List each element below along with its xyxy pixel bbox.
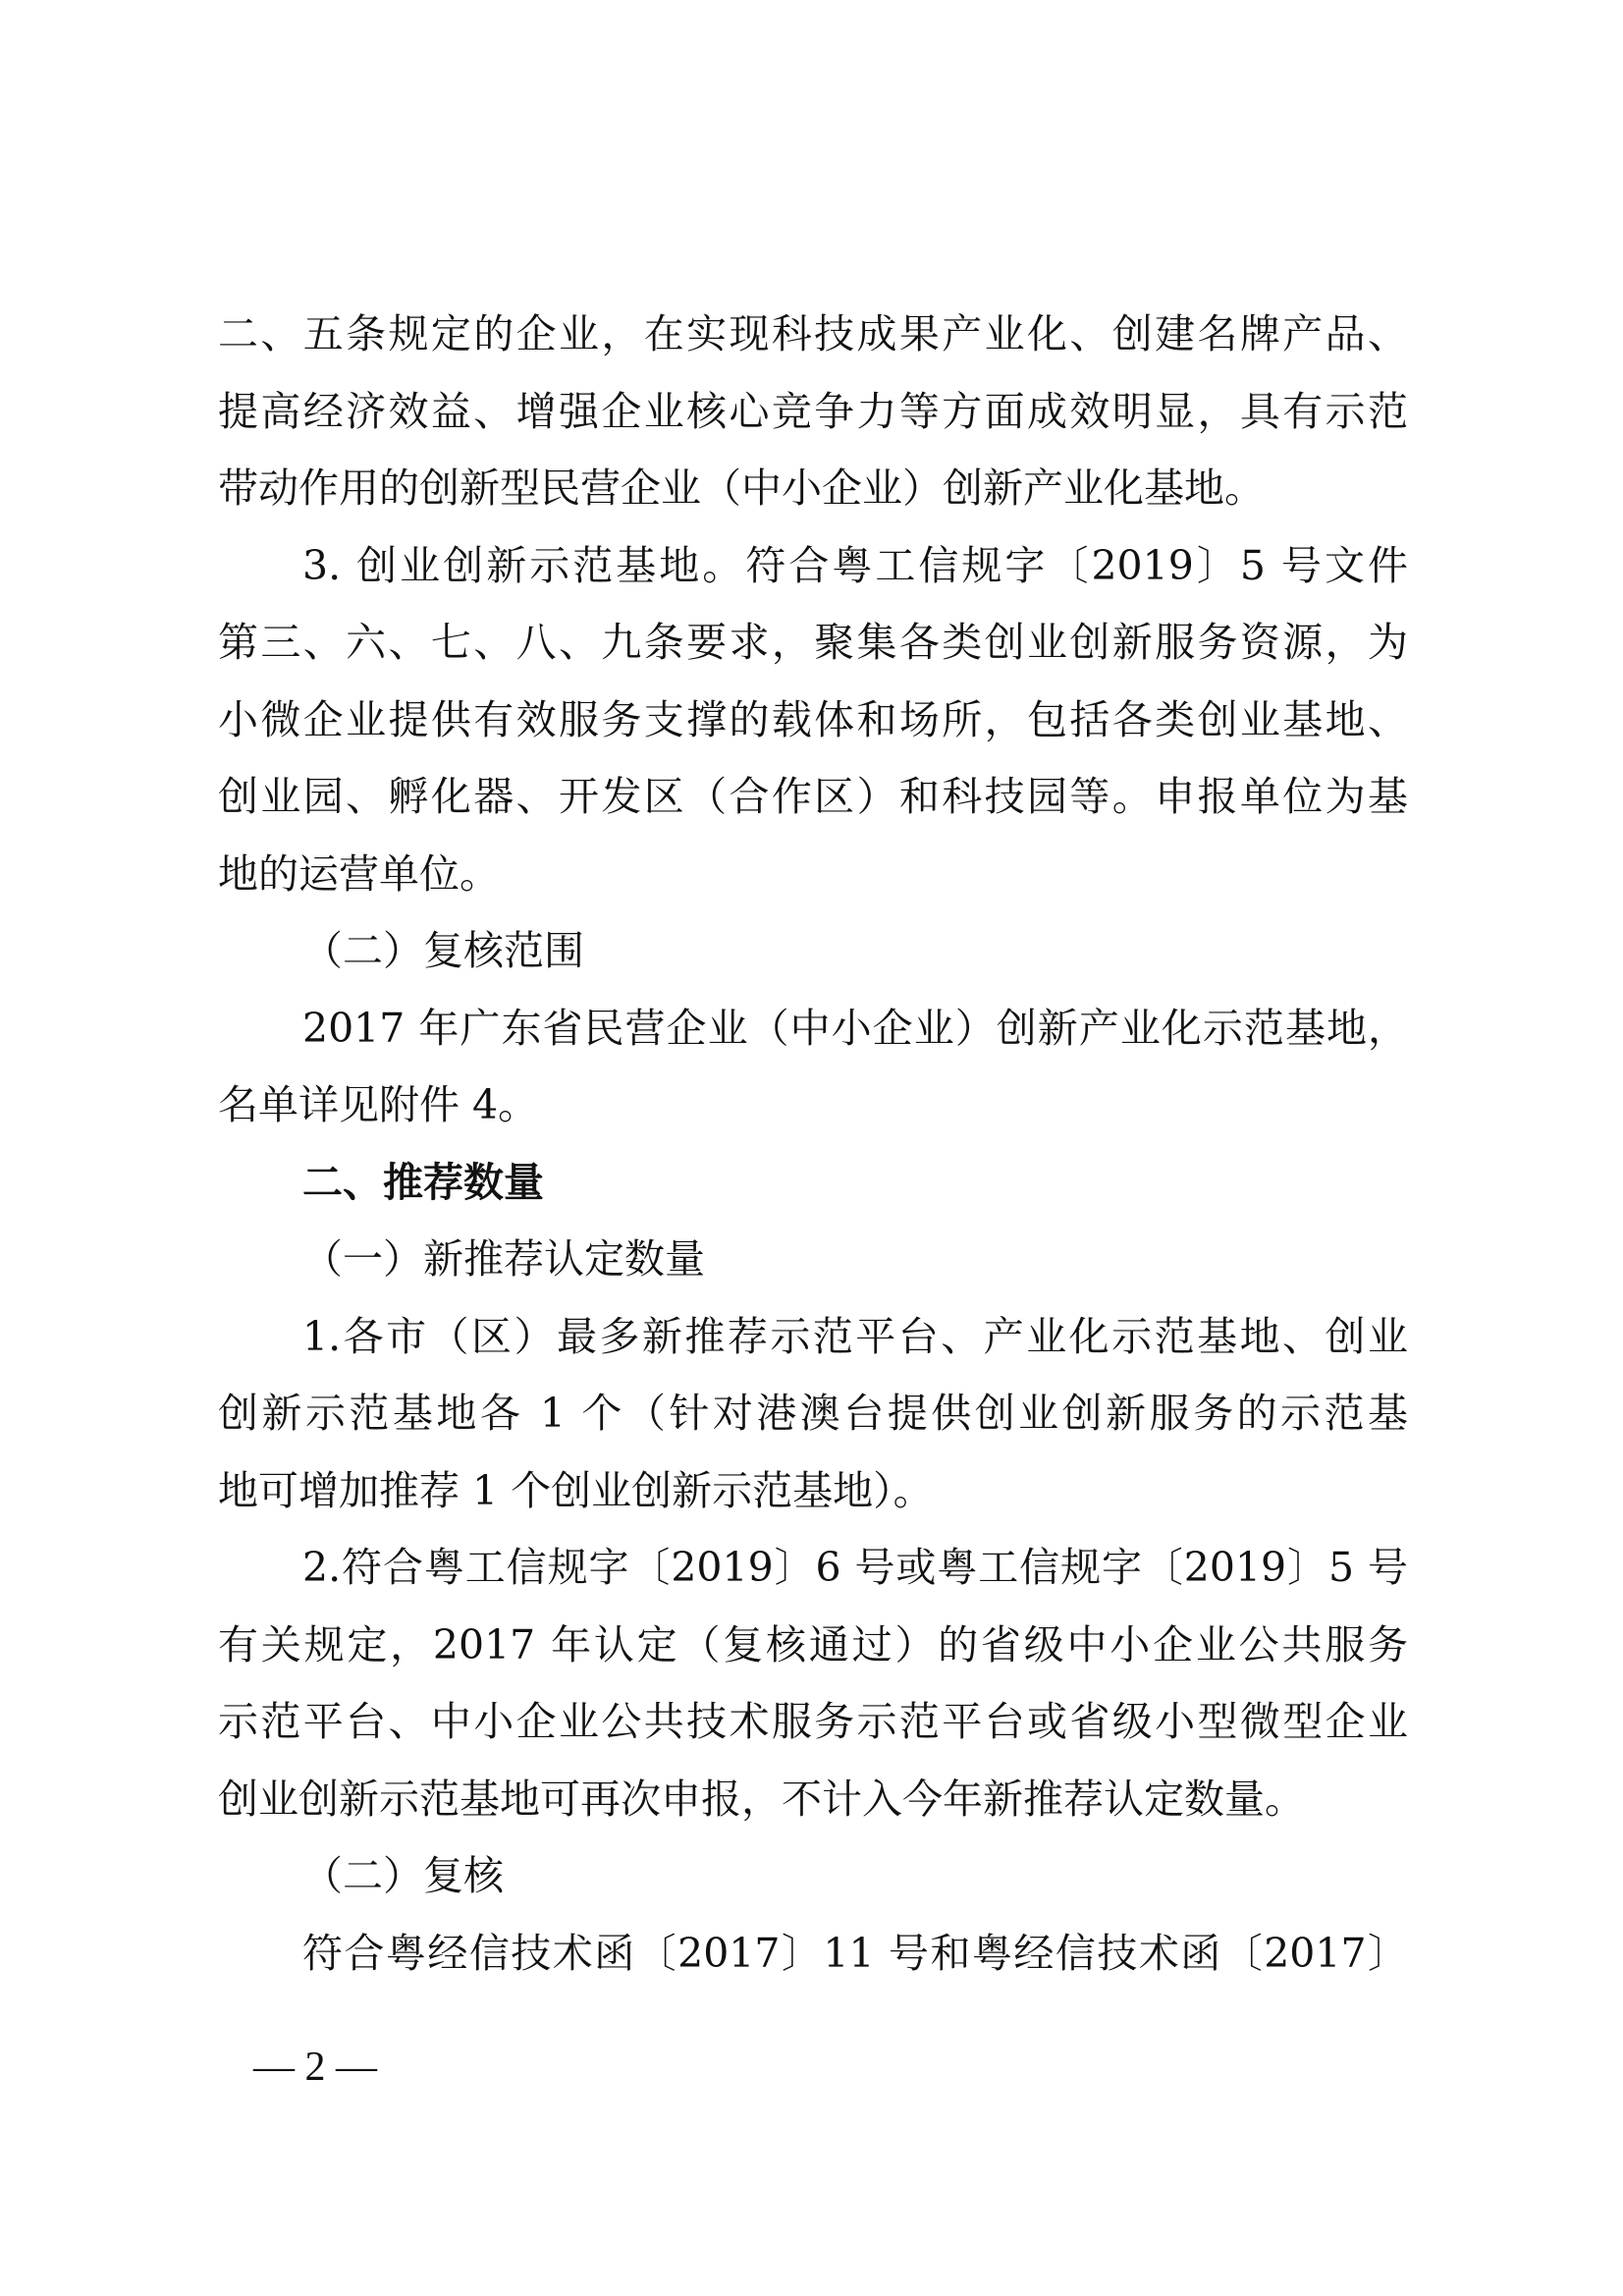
text-line: 带动作用的创新型民营企业（中小企业）创新产业化基地。 xyxy=(218,459,1408,518)
text-line: 创新示范基地各 1 个（针对港澳台提供创业创新服务的示范基 xyxy=(218,1384,1408,1443)
text-line: 创业创新示范基地可再次申报，不计入今年新推荐认定数量。 xyxy=(218,1770,1408,1829)
text-line: 3. 创业创新示范基地。符合粤工信规字〔2019〕5 号文件 xyxy=(302,536,1408,595)
text-line: 创业园、孵化器、开发区（合作区）和科技园等。申报单位为基 xyxy=(218,767,1408,826)
text-line: 2.符合粤工信规字〔2019〕6 号或粤工信规字〔2019〕5 号 xyxy=(302,1538,1408,1597)
page-number: — 2 — xyxy=(253,2043,377,2092)
text-line: 示范平台、中小企业公共技术服务示范平台或省级小型微型企业 xyxy=(218,1692,1408,1751)
text-line: 小微企业提供有效服务支撑的载体和场所，包括各类创业基地、 xyxy=(218,690,1408,749)
text-line: 符合粤经信技术函〔2017〕11 号和粤经信技术函〔2017〕 xyxy=(302,1924,1408,1983)
text-line: 2017 年广东省民营企业（中小企业）创新产业化示范基地， xyxy=(302,999,1408,1058)
text-line: （二）复核 xyxy=(302,1846,1408,1905)
text-line: 二、五条规定的企业，在实现科技成果产业化、创建名牌产品、 xyxy=(218,304,1408,363)
section-heading: 二、推荐数量 xyxy=(302,1153,1408,1212)
text-line: 有关规定，2017 年认定（复核通过）的省级中小企业公共服务 xyxy=(218,1615,1408,1674)
text-line: （二）复核范围 xyxy=(302,921,1408,980)
text-line: （一）新推荐认定数量 xyxy=(302,1230,1408,1288)
text-line: 提高经济效益、增强企业核心竞争力等方面成效明显，具有示范 xyxy=(218,382,1408,441)
text-line: 名单详见附件 4。 xyxy=(218,1075,1408,1134)
document-page: 二、五条规定的企业，在实现科技成果产业化、创建名牌产品、提高经济效益、增强企业核… xyxy=(0,0,1623,2296)
text-line: 第三、六、七、八、九条要求，聚集各类创业创新服务资源，为 xyxy=(218,613,1408,672)
text-line: 1.各市（区）最多新推荐示范平台、产业化示范基地、创业 xyxy=(302,1307,1408,1366)
text-line: 地的运营单位。 xyxy=(218,845,1408,903)
text-line: 地可增加推荐 1 个创业创新示范基地）。 xyxy=(218,1461,1408,1520)
